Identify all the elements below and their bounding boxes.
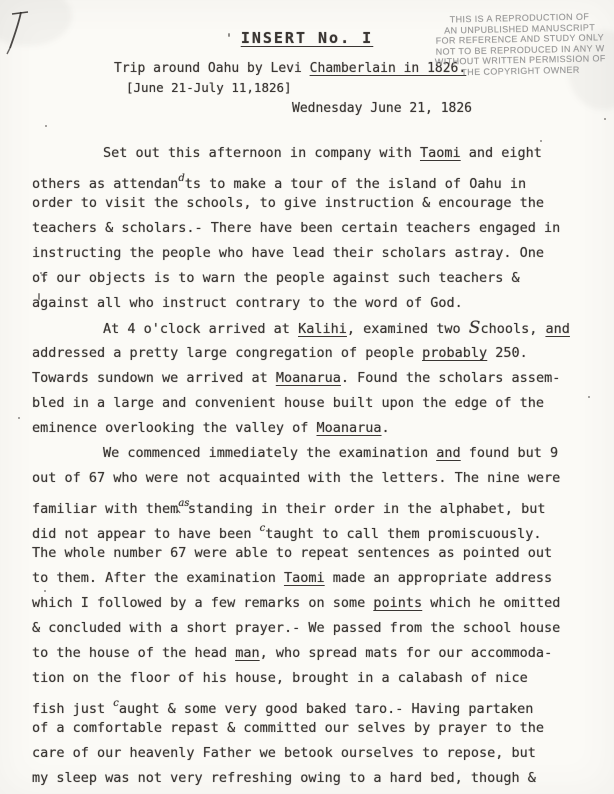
manuscript-page: INSERT No. I Trip around Oahu by Levi Ch… <box>0 0 614 794</box>
text-segment: which I followed by a few remarks on som… <box>32 595 373 611</box>
text-segment: standing in their order in the alphabet,… <box>188 501 546 517</box>
text-segment: to the house of the head <box>32 645 235 661</box>
text-segment: others as attendan <box>32 176 178 192</box>
text-segment: found but 9 <box>461 445 559 461</box>
text-segment: Moanarua <box>276 370 341 386</box>
scan-speck <box>604 118 606 120</box>
text-segment: ts to make a tour of the island of Oahu … <box>185 176 526 192</box>
typescript-line: which I followed by a few remarks on som… <box>32 591 594 616</box>
text-segment: S <box>469 318 481 338</box>
journal-text: Set out this afternoon in company with T… <box>32 141 594 791</box>
typescript-line: of our objects is to warn the people aga… <box>32 266 594 291</box>
text-segment: Moanarua <box>316 420 381 436</box>
text-segment: familiar with them <box>32 501 178 517</box>
typescript-line: Towards sundown we arrived at Moanarua. … <box>32 366 594 391</box>
text-segment: taught to call them promiscuously. <box>265 526 541 542</box>
text-segment: Set out this afternoon in company with <box>103 145 420 161</box>
text-segment: aught & some very good baked taro.- Havi… <box>119 701 534 717</box>
text-segment: , who spread mats for our accommoda- <box>260 645 553 661</box>
entry-dateline: Wednesday June 21, 1826 <box>292 101 472 116</box>
copyright-stamp: THIS IS A REPRODUCTION OFAN UNPUBLISHED … <box>431 11 608 78</box>
text-segment: and <box>545 321 569 337</box>
text-segment: care of our heavenly Father we betook ou… <box>32 745 536 761</box>
text-segment: chools, <box>480 321 545 337</box>
text-segment: We commenced immediately the examination <box>103 445 436 461</box>
text-segment: and eight <box>461 145 542 161</box>
typescript-line: fish just caught & some very good baked … <box>32 691 594 716</box>
typescript-line: to them. After the examination Taomi mad… <box>32 566 594 591</box>
typescript-line: bled in a large and convenient house bui… <box>32 391 594 416</box>
text-segment: 250. <box>487 345 528 361</box>
text-segment: Wednesday June 21, 1826 <box>292 101 472 116</box>
typescript-line: my sleep was not very refreshing owing t… <box>32 766 594 791</box>
typescript-line: Set out this afternoon in company with T… <box>32 141 594 166</box>
text-segment: against all who instruct contrary to the… <box>32 295 463 311</box>
text-segment: and <box>436 445 460 461</box>
typescript-line: The whole number 67 were able to repeat … <box>32 541 594 566</box>
typescript-line: did not appear to have been ctaught to c… <box>32 516 594 541</box>
text-segment: man <box>235 645 259 661</box>
typescript-line: against all who instruct contrary to the… <box>32 291 594 316</box>
scan-speck <box>45 125 47 127</box>
text-segment: which he omitted <box>422 595 560 611</box>
typescript-line: At 4 o'clock arrived at Kalihi, examined… <box>32 316 594 341</box>
text-segment: & concluded with a short prayer.- We pas… <box>32 620 560 636</box>
text-segment: eminence overlooking the valley of <box>32 420 316 436</box>
typescript-line: familiar with themas^standing in their o… <box>32 491 594 516</box>
text-segment: . <box>382 420 390 436</box>
typescript-line: instructing the people who have lead the… <box>32 241 594 266</box>
text-segment: order to visit the schools, to give inst… <box>32 195 544 211</box>
typescript-line: out of 67 who were not acquainted with t… <box>32 466 594 491</box>
typescript-line: tion on the floor of his house, brought … <box>32 666 594 691</box>
text-segment: addressed a pretty large congregation of… <box>32 345 422 361</box>
typescript-line: teachers & scholars.- There have been ce… <box>32 216 594 241</box>
typescript-line: to the house of the head man, who spread… <box>32 641 594 666</box>
text-segment: Kalihi <box>298 321 347 337</box>
typescript-line: eminence overlooking the valley of Moana… <box>32 416 594 441</box>
text-segment: Taomi <box>420 145 461 161</box>
typescript-line: We commenced immediately the examination… <box>32 441 594 466</box>
text-segment: my sleep was not very refreshing owing t… <box>32 770 536 786</box>
text-segment: tion on the floor of his house, brought … <box>32 670 528 686</box>
text-segment: of a comfortable repast & committed our … <box>32 720 544 736</box>
typescript-line: others as attendandts to make a tour of … <box>32 166 594 191</box>
text-segment: . Found the scholars assem- <box>341 370 560 386</box>
typescript-line: order to visit the schools, to give inst… <box>32 191 594 216</box>
text-segment: At 4 o'clock arrived at <box>103 321 298 337</box>
text-segment: bled in a large and convenient house bui… <box>32 395 544 411</box>
typescript-line: & concluded with a short prayer.- We pas… <box>32 616 594 641</box>
text-segment: Towards sundown we arrived at <box>32 370 276 386</box>
text-segment: Trip around Oahu by Levi <box>114 61 310 76</box>
text-segment: The whole number 67 were able to repeat … <box>32 545 552 561</box>
text-segment: to them. After the examination <box>32 570 284 586</box>
text-segment: INSERT No. I <box>241 29 373 47</box>
text-segment: instructing the people who have lead the… <box>32 245 544 261</box>
typescript-line: addressed a pretty large congregation of… <box>32 341 594 366</box>
document-title: Trip around Oahu by Levi Chamberlain in … <box>114 61 466 76</box>
date-range: [June 21-July 11,1826] <box>126 80 292 95</box>
scan-speck <box>18 417 20 419</box>
text-segment: Taomi <box>284 570 325 586</box>
text-segment: probably <box>422 345 487 361</box>
text-segment: of our objects is to warn the people aga… <box>32 270 520 286</box>
text-segment: fish just <box>32 701 113 717</box>
text-segment: , examined two <box>347 321 469 337</box>
text-segment: teachers & scholars.- There have been ce… <box>32 220 560 236</box>
text-segment: out of 67 who were not acquainted with t… <box>32 470 560 486</box>
text-segment: [June 21-July 11,1826] <box>126 80 292 95</box>
text-segment: did not appear to have been <box>32 526 260 542</box>
text-segment: points <box>373 595 422 611</box>
text-segment: made an appropriate address <box>325 570 553 586</box>
typescript-line: of a comfortable repast & committed our … <box>32 716 594 741</box>
typescript-line: care of our heavenly Father we betook ou… <box>32 741 594 766</box>
